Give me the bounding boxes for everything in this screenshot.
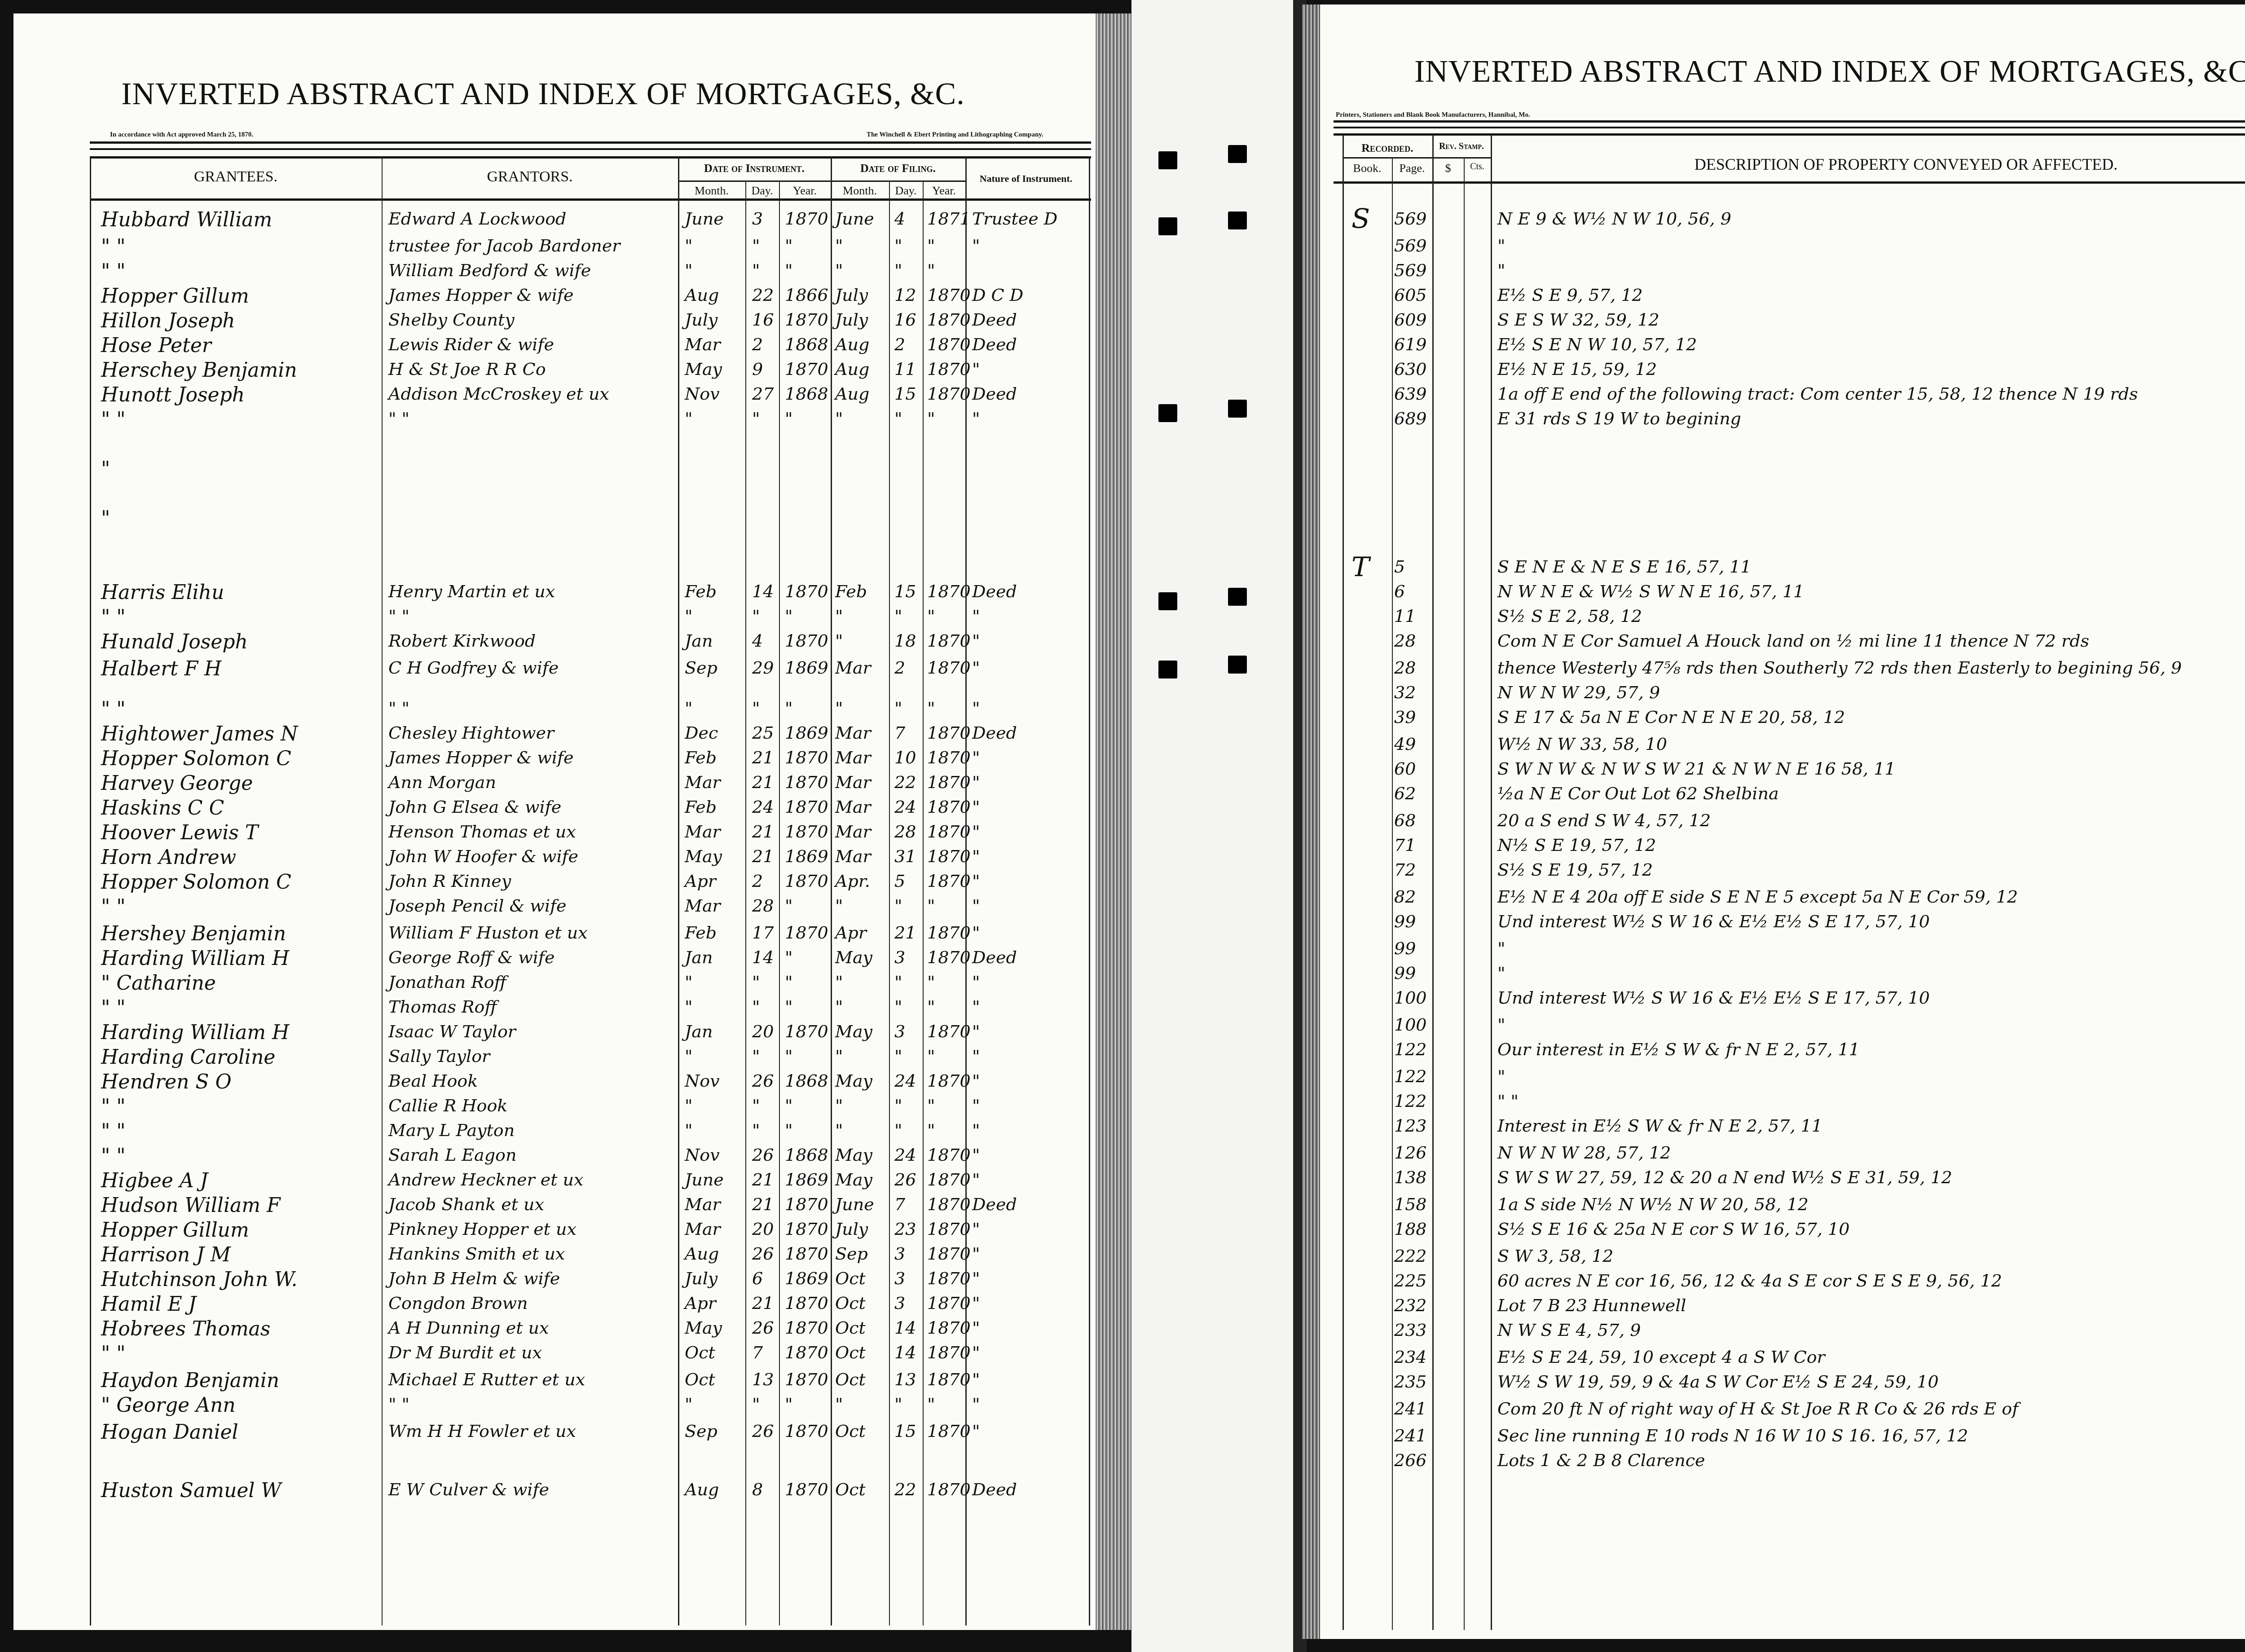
nature-cell: " [972, 1220, 980, 1238]
nature-cell: Deed [972, 1196, 1017, 1213]
grantor-cell: Dr M Burdit et ux [388, 1344, 542, 1361]
right-imprint-printer: Printers, Stationers and Blank Book Manu… [1336, 111, 1530, 119]
filing-day-cell: 13 [894, 1371, 916, 1388]
grantee-cell: " " [101, 262, 125, 282]
nature-cell: " [972, 1270, 980, 1287]
grantee-cell: " [101, 509, 110, 529]
instrument-day-cell: " [752, 237, 760, 254]
instrument-year-cell: 1870 [785, 210, 828, 227]
page-cell: 266 [1394, 1452, 1427, 1469]
instrument-month-cell: May [685, 1319, 722, 1336]
filing-day-cell: 15 [894, 583, 916, 600]
filing-year-cell: 1870 [927, 336, 971, 353]
grantor-cell: C H Godfrey & wife [388, 659, 559, 676]
binder-hole [1158, 661, 1177, 678]
grantee-cell: " " [101, 700, 125, 719]
binder-hole [1228, 145, 1247, 163]
filing-day-cell: " [894, 1048, 902, 1065]
instrument-month-cell: Aug [685, 1481, 719, 1498]
instrument-year-cell: " [785, 949, 792, 966]
description-cell: N W N W 29, 57, 9 [1497, 684, 1660, 701]
header-bottom-rule [90, 198, 1091, 201]
filing-day-cell: 24 [894, 1146, 916, 1163]
filing-month-cell: " [835, 1122, 843, 1139]
col-divider [1491, 135, 1492, 1630]
instrument-day-cell: 6 [752, 1270, 763, 1287]
book-cell: T [1351, 554, 1369, 581]
filing-year-cell: " [927, 974, 935, 991]
left-ledger-page: INVERTED ABSTRACT AND INDEX OF MORTGAGES… [13, 13, 1131, 1630]
description-cell: Our interest in E½ S W & fr N E 2, 57, 1… [1497, 1041, 1860, 1058]
filing-month-cell: Oct [835, 1423, 866, 1440]
filing-year-cell: 1870 [927, 1371, 971, 1388]
filing-year-cell: 1870 [927, 823, 971, 840]
nature-cell: Trustee D [972, 210, 1057, 227]
grantor-cell: Hankins Smith et ux [388, 1245, 565, 1262]
nature-cell: " [972, 608, 980, 625]
grantor-cell: Jacob Shank et ux [388, 1196, 544, 1213]
grantee-cell: " " [101, 237, 125, 257]
grantor-cell: Mary L Payton [388, 1122, 515, 1139]
filing-year-cell: 1870 [927, 1270, 971, 1287]
page-cell: 241 [1394, 1400, 1427, 1417]
instrument-year-cell: 1869 [785, 724, 828, 741]
nature-cell: " [972, 924, 980, 941]
page-cell: 60 [1394, 760, 1416, 777]
instrument-month-cell: Mar [685, 774, 721, 791]
instrument-year-cell: " [785, 1396, 792, 1413]
instrument-year-cell: 1868 [785, 336, 828, 353]
instrument-day-cell: 13 [752, 1371, 774, 1388]
grantor-cell: Addison McCroskey et ux [388, 385, 609, 402]
grantor-cell: A H Dunning et ux [388, 1319, 549, 1336]
filing-year-cell: 1870 [927, 1245, 971, 1262]
description-cell: " [1497, 1068, 1505, 1085]
filing-day-cell: " [894, 974, 902, 991]
description-cell: N W N W 28, 57, 12 [1497, 1144, 1671, 1161]
instrument-year-cell: " [785, 1048, 792, 1065]
instrument-year-cell: " [785, 237, 792, 254]
page-cell: 569 [1394, 237, 1427, 254]
instrument-year-cell: " [785, 262, 792, 279]
filing-month-cell: " [835, 998, 843, 1015]
grantee-cell: Harding Caroline [101, 1048, 275, 1067]
page-cell: 569 [1394, 262, 1427, 279]
instrument-day-cell: 9 [752, 361, 763, 378]
filing-month-cell: June [835, 1196, 874, 1213]
grantee-cell: Harding William H [101, 1023, 289, 1043]
page-cell: 630 [1394, 361, 1427, 378]
instrument-year-cell: " [785, 1097, 792, 1114]
instrument-month-cell: " [685, 1396, 692, 1413]
page-cell: 11 [1394, 608, 1416, 625]
description-cell: S½ S E 16 & 25a N E cor S W 16, 57, 10 [1497, 1220, 1849, 1238]
instrument-month-cell: May [685, 361, 722, 378]
grantor-cell: John B Helm & wife [388, 1270, 560, 1287]
instrument-year-cell: 1870 [785, 1245, 828, 1262]
description-cell: " [1497, 262, 1505, 279]
nature-cell: " [972, 897, 980, 914]
instrument-day-cell: 28 [752, 897, 774, 914]
col-divider [923, 181, 924, 1626]
description-cell: thence Westerly 47⅝ rds then Southerly 7… [1497, 659, 2182, 676]
instrument-year-cell: 1870 [785, 1295, 828, 1312]
grantee-cell: " " [101, 410, 125, 430]
page-cell: 126 [1394, 1144, 1427, 1161]
instrument-day-cell: 24 [752, 798, 774, 815]
filing-year-cell: " [927, 262, 935, 279]
header-rule [90, 141, 1091, 144]
grantee-cell: Hose Peter [101, 336, 211, 356]
instrument-day-cell: 21 [752, 774, 774, 791]
instrument-month-cell: Mar [685, 1196, 721, 1213]
instrument-day-cell: 4 [752, 632, 763, 649]
instrument-year-cell: 1870 [785, 1023, 828, 1040]
grantor-cell: Lewis Rider & wife [388, 336, 554, 353]
nature-cell: Deed [972, 1481, 1017, 1498]
description-cell: N E 9 & W½ N W 10, 56, 9 [1497, 210, 1731, 227]
grantor-cell: trustee for Jacob Bardoner [388, 237, 620, 254]
filing-year-cell: 1870 [927, 1196, 971, 1213]
filing-month-cell: July [835, 286, 868, 304]
col-divider [779, 181, 780, 1626]
instrument-month-cell: Jan [685, 949, 713, 966]
page-cell: 123 [1394, 1117, 1427, 1134]
filing-year-cell: 1870 [927, 583, 971, 600]
grantee-cell: " " [101, 1122, 125, 1141]
description-cell: Com 20 ft N of right way of H & St Joe R… [1497, 1400, 2018, 1417]
grantor-cell: " " [388, 1396, 409, 1413]
page-cell: 99 [1394, 965, 1416, 982]
filing-year-cell: 1870 [927, 1423, 971, 1440]
date-of-filing-header: Date of Filing. [831, 162, 965, 175]
filing-year-cell: 1870 [927, 632, 971, 649]
nature-cell: " [972, 1295, 980, 1312]
instrument-year-cell: 1870 [785, 823, 828, 840]
filing-month-cell: " [835, 237, 843, 254]
filing-year-cell: 1870 [927, 311, 971, 328]
filing-month-cell: Mar [835, 798, 871, 815]
filing-day-cell: " [894, 237, 902, 254]
grantor-cell: Beal Hook [388, 1072, 478, 1089]
grantor-cell: Joseph Pencil & wife [388, 897, 567, 914]
grantee-cell: Hightower James N [101, 724, 298, 744]
filing-day-cell: 5 [894, 872, 905, 890]
nature-cell: " [972, 1048, 980, 1065]
instrument-day-cell: 14 [752, 583, 774, 600]
filing-day-cell: " [894, 410, 902, 427]
instrument-month-cell: Feb [685, 798, 717, 815]
filing-year-cell: 1870 [927, 872, 971, 890]
nature-cell: " [972, 1171, 980, 1188]
col-divider [1343, 135, 1344, 1630]
instrument-month-cell: " [685, 1048, 692, 1065]
page-cell: 609 [1394, 311, 1427, 328]
filing-month-cell: June [835, 210, 874, 227]
grantor-cell: Wm H H Fowler et ux [388, 1423, 576, 1440]
rev-stamp-header: Rev. Stamp. [1432, 141, 1491, 152]
instrument-day-cell: " [752, 700, 760, 717]
filing-month-cell: " [835, 632, 843, 649]
description-cell: " [1497, 940, 1505, 957]
nature-cell: " [972, 237, 980, 254]
nature-cell: " [972, 1245, 980, 1262]
instrument-year-cell: " [785, 998, 792, 1015]
description-cell: " [1497, 237, 1505, 254]
col-divider [831, 157, 832, 1626]
instrument-year-cell: " [785, 700, 792, 717]
nature-cell: " [972, 1122, 980, 1139]
instrument-day-cell: 27 [752, 385, 774, 402]
binder-hole [1158, 404, 1177, 422]
filing-year-cell: 1870 [927, 286, 971, 304]
instrument-day-cell: 26 [752, 1072, 774, 1089]
filing-day-cell: 24 [894, 798, 916, 815]
grantor-cell: George Roff & wife [388, 949, 555, 966]
filing-day-cell: " [894, 700, 902, 717]
instrument-day-cell: " [752, 998, 760, 1015]
grantee-cell: Hopper Gillum [101, 286, 249, 306]
filing-day-cell: 10 [894, 749, 916, 766]
instrument-day-cell: 26 [752, 1319, 774, 1336]
page-cell: 49 [1394, 736, 1416, 753]
grantor-cell: John W Hoofer & wife [388, 848, 578, 865]
filing-year-cell: 1870 [927, 774, 971, 791]
recorded-subheader-rule [1343, 157, 1491, 159]
instrument-day-cell: 25 [752, 724, 774, 741]
description-cell: S E 17 & 5a N E Cor N E N E 20, 58, 12 [1497, 709, 1845, 726]
inst-year-header: Year. [779, 184, 831, 198]
grantor-cell: John R Kinney [388, 872, 511, 890]
instrument-day-cell: 26 [752, 1423, 774, 1440]
filing-year-cell: " [927, 1048, 935, 1065]
filing-day-cell: 26 [894, 1171, 916, 1188]
filing-year-cell: " [927, 1396, 935, 1413]
filing-day-cell: " [894, 262, 902, 279]
instrument-year-cell: 1870 [785, 1196, 828, 1213]
nature-cell: " [972, 1423, 980, 1440]
col-divider [382, 157, 383, 1626]
instrument-day-cell: 21 [752, 1196, 774, 1213]
grantor-cell: Sarah L Eagon [388, 1146, 516, 1163]
filing-month-cell: May [835, 949, 872, 966]
page-cell: 68 [1394, 812, 1416, 829]
date-subheader-rule [678, 181, 965, 182]
description-cell: 20 a S end S W 4, 57, 12 [1497, 812, 1711, 829]
filing-year-cell: 1870 [927, 724, 971, 741]
grantee-cell: " [101, 459, 110, 479]
filing-day-cell: " [894, 1396, 902, 1413]
description-cell: 1a off E end of the following tract: Com… [1497, 385, 2138, 402]
filing-day-cell: 3 [894, 949, 905, 966]
instrument-month-cell: " [685, 262, 692, 279]
col-divider [889, 181, 890, 1626]
grantor-cell: " " [388, 608, 409, 625]
instrument-year-cell: " [785, 608, 792, 625]
grantee-cell: Harris Elihu [101, 583, 224, 603]
instrument-month-cell: Nov [685, 1146, 720, 1163]
instrument-day-cell: 22 [752, 286, 774, 304]
instrument-month-cell: Nov [685, 385, 720, 402]
book-header: Book. [1343, 162, 1392, 175]
filing-month-cell: Apr [835, 924, 867, 941]
description-cell: S W N W & N W S W 21 & N W N E 16 58, 11 [1497, 760, 1896, 777]
filing-year-cell: 1870 [927, 1295, 971, 1312]
grantor-cell: Congdon Brown [388, 1295, 528, 1312]
filing-month-cell: Mar [835, 774, 871, 791]
right-ledger-page: INVERTED ABSTRACT AND INDEX OF MORTGAGES… [1302, 4, 2245, 1639]
instrument-day-cell: " [752, 1097, 760, 1114]
instrument-month-cell: " [685, 608, 692, 625]
filing-month-cell: " [835, 608, 843, 625]
page-cell: 5 [1394, 558, 1405, 575]
filing-year-cell: 1870 [927, 798, 971, 815]
page-cell: 39 [1394, 709, 1416, 726]
grantee-cell: " " [101, 897, 125, 917]
nature-cell: Deed [972, 949, 1017, 966]
filing-day-cell: 31 [894, 848, 916, 865]
nature-cell: " [972, 974, 980, 991]
instrument-year-cell: 1870 [785, 924, 828, 941]
col-divider [1432, 135, 1434, 1630]
filing-year-cell: " [927, 608, 935, 625]
page-cell: 71 [1394, 837, 1416, 854]
description-cell: W½ S W 19, 59, 9 & 4a S W Cor E½ S E 24,… [1497, 1373, 1939, 1390]
page-cell: 6 [1394, 583, 1405, 600]
filing-day-cell: 18 [894, 632, 916, 649]
left-page-title: INVERTED ABSTRACT AND INDEX OF MORTGAGES… [121, 76, 965, 112]
filing-month-cell: May [835, 1023, 872, 1040]
filing-year-cell: 1870 [927, 659, 971, 676]
nature-cell: " [972, 872, 980, 890]
instrument-month-cell: June [685, 1171, 724, 1188]
grantee-cell: Herschey Benjamin [101, 361, 297, 380]
nature-cell: " [972, 1146, 980, 1163]
grantor-cell: Henry Martin et ux [388, 583, 555, 600]
description-cell: Lots 1 & 2 B 8 Clarence [1497, 1452, 1705, 1469]
page-cell: 82 [1394, 888, 1416, 905]
grantor-cell: Edward A Lockwood [388, 210, 566, 227]
filing-day-cell: 2 [894, 336, 905, 353]
filing-month-cell: Sep [835, 1245, 868, 1262]
instrument-month-cell: Mar [685, 336, 721, 353]
filing-month-cell: Mar [835, 848, 871, 865]
instrument-day-cell: 21 [752, 848, 774, 865]
nature-cell: " [972, 632, 980, 649]
instrument-month-cell: Mar [685, 823, 721, 840]
description-cell: Und interest W½ S W 16 & E½ E½ S E 17, 5… [1497, 913, 1930, 930]
instrument-month-cell: " [685, 410, 692, 427]
instrument-month-cell: Aug [685, 1245, 719, 1262]
filing-year-cell: 1870 [927, 1072, 971, 1089]
filing-day-cell: 3 [894, 1295, 905, 1312]
instrument-month-cell: June [685, 210, 724, 227]
instrument-year-cell: 1870 [785, 311, 828, 328]
page-cell: 158 [1394, 1196, 1427, 1213]
instrument-month-cell: Sep [685, 659, 718, 676]
description-cell: E½ S E 9, 57, 12 [1497, 286, 1643, 304]
nature-cell: " [972, 1371, 980, 1388]
instrument-year-cell: 1870 [785, 749, 828, 766]
grantee-cell: Hoover Lewis T [101, 823, 258, 843]
grantee-cell: " " [101, 998, 125, 1018]
description-cell: Interest in E½ S W & fr N E 2, 57, 11 [1497, 1117, 1822, 1134]
instrument-year-cell: 1869 [785, 659, 828, 676]
description-cell: E½ N E 15, 59, 12 [1497, 361, 1657, 378]
filing-month-cell: " [835, 897, 843, 914]
filing-day-cell: 3 [894, 1270, 905, 1287]
instrument-month-cell: Apr [685, 1295, 716, 1312]
filing-day-cell: 12 [894, 286, 916, 304]
filing-day-cell: 24 [894, 1072, 916, 1089]
filing-day-cell: " [894, 897, 902, 914]
page-cell: 689 [1394, 410, 1427, 427]
instrument-year-cell: 1870 [785, 798, 828, 815]
description-cell: N½ S E 19, 57, 12 [1497, 837, 1656, 854]
grantor-cell: Pinkney Hopper et ux [388, 1220, 577, 1238]
grantor-cell: Thomas Roff [388, 998, 497, 1015]
instrument-day-cell: 26 [752, 1146, 774, 1163]
description-cell: Sec line running E 10 rods N 16 W 10 S 1… [1497, 1427, 1968, 1444]
grantee-cell: Hopper Gillum [101, 1220, 249, 1240]
filing-year-cell: 1870 [927, 1481, 971, 1498]
filing-day-cell: 16 [894, 311, 916, 328]
instrument-month-cell: " [685, 998, 692, 1015]
filing-day-cell: " [894, 1122, 902, 1139]
page-cell: 99 [1394, 913, 1416, 930]
instrument-day-cell: " [752, 1122, 760, 1139]
instrument-year-cell: 1870 [785, 1481, 828, 1498]
filing-month-cell: Mar [835, 749, 871, 766]
description-cell: Und interest W½ S W 16 & E½ E½ S E 17, 5… [1497, 989, 1930, 1006]
instrument-day-cell: " [752, 410, 760, 427]
instrument-day-cell: 2 [752, 336, 763, 353]
description-cell: " [1497, 965, 1505, 982]
nature-cell: " [972, 659, 980, 676]
instrument-day-cell: " [752, 608, 760, 625]
description-cell: Com N E Cor Samuel A Houck land on ½ mi … [1497, 632, 2089, 649]
filing-day-cell: " [894, 998, 902, 1015]
instrument-month-cell: " [685, 1122, 692, 1139]
grantor-cell: Jonathan Roff [388, 974, 506, 991]
header-rule [90, 148, 1091, 150]
filing-month-cell: Mar [835, 659, 871, 676]
nature-cell: " [972, 749, 980, 766]
description-cell: W½ N W 33, 58, 10 [1497, 736, 1667, 753]
nature-cell: Deed [972, 311, 1017, 328]
instrument-month-cell: Oct [685, 1344, 715, 1361]
filing-year-cell: 1870 [927, 749, 971, 766]
filing-year-cell: 1870 [927, 1171, 971, 1188]
grantee-cell: Hutchinson John W. [101, 1270, 298, 1290]
filing-day-cell: 23 [894, 1220, 916, 1238]
page-cell: 232 [1394, 1297, 1427, 1314]
grantee-cell: Hudson William F [101, 1196, 280, 1216]
page-cell: 122 [1394, 1041, 1427, 1058]
instrument-month-cell: " [685, 974, 692, 991]
filing-month-cell: Aug [835, 385, 869, 402]
inst-month-header: Month. [678, 184, 745, 198]
instrument-year-cell: 1870 [785, 774, 828, 791]
filing-year-cell: 1870 [927, 1344, 971, 1361]
grantor-cell: Henson Thomas et ux [388, 823, 576, 840]
instrument-month-cell: Dec [685, 724, 718, 741]
description-cell: S W S W 27, 59, 12 & 20 a N end W½ S E 3… [1497, 1169, 1952, 1186]
description-cell: S½ S E 2, 58, 12 [1497, 608, 1642, 625]
grantee-cell: Halbert F H [101, 659, 221, 679]
binder-hole [1228, 400, 1247, 418]
grantee-cell: Hunald Joseph [101, 632, 248, 652]
